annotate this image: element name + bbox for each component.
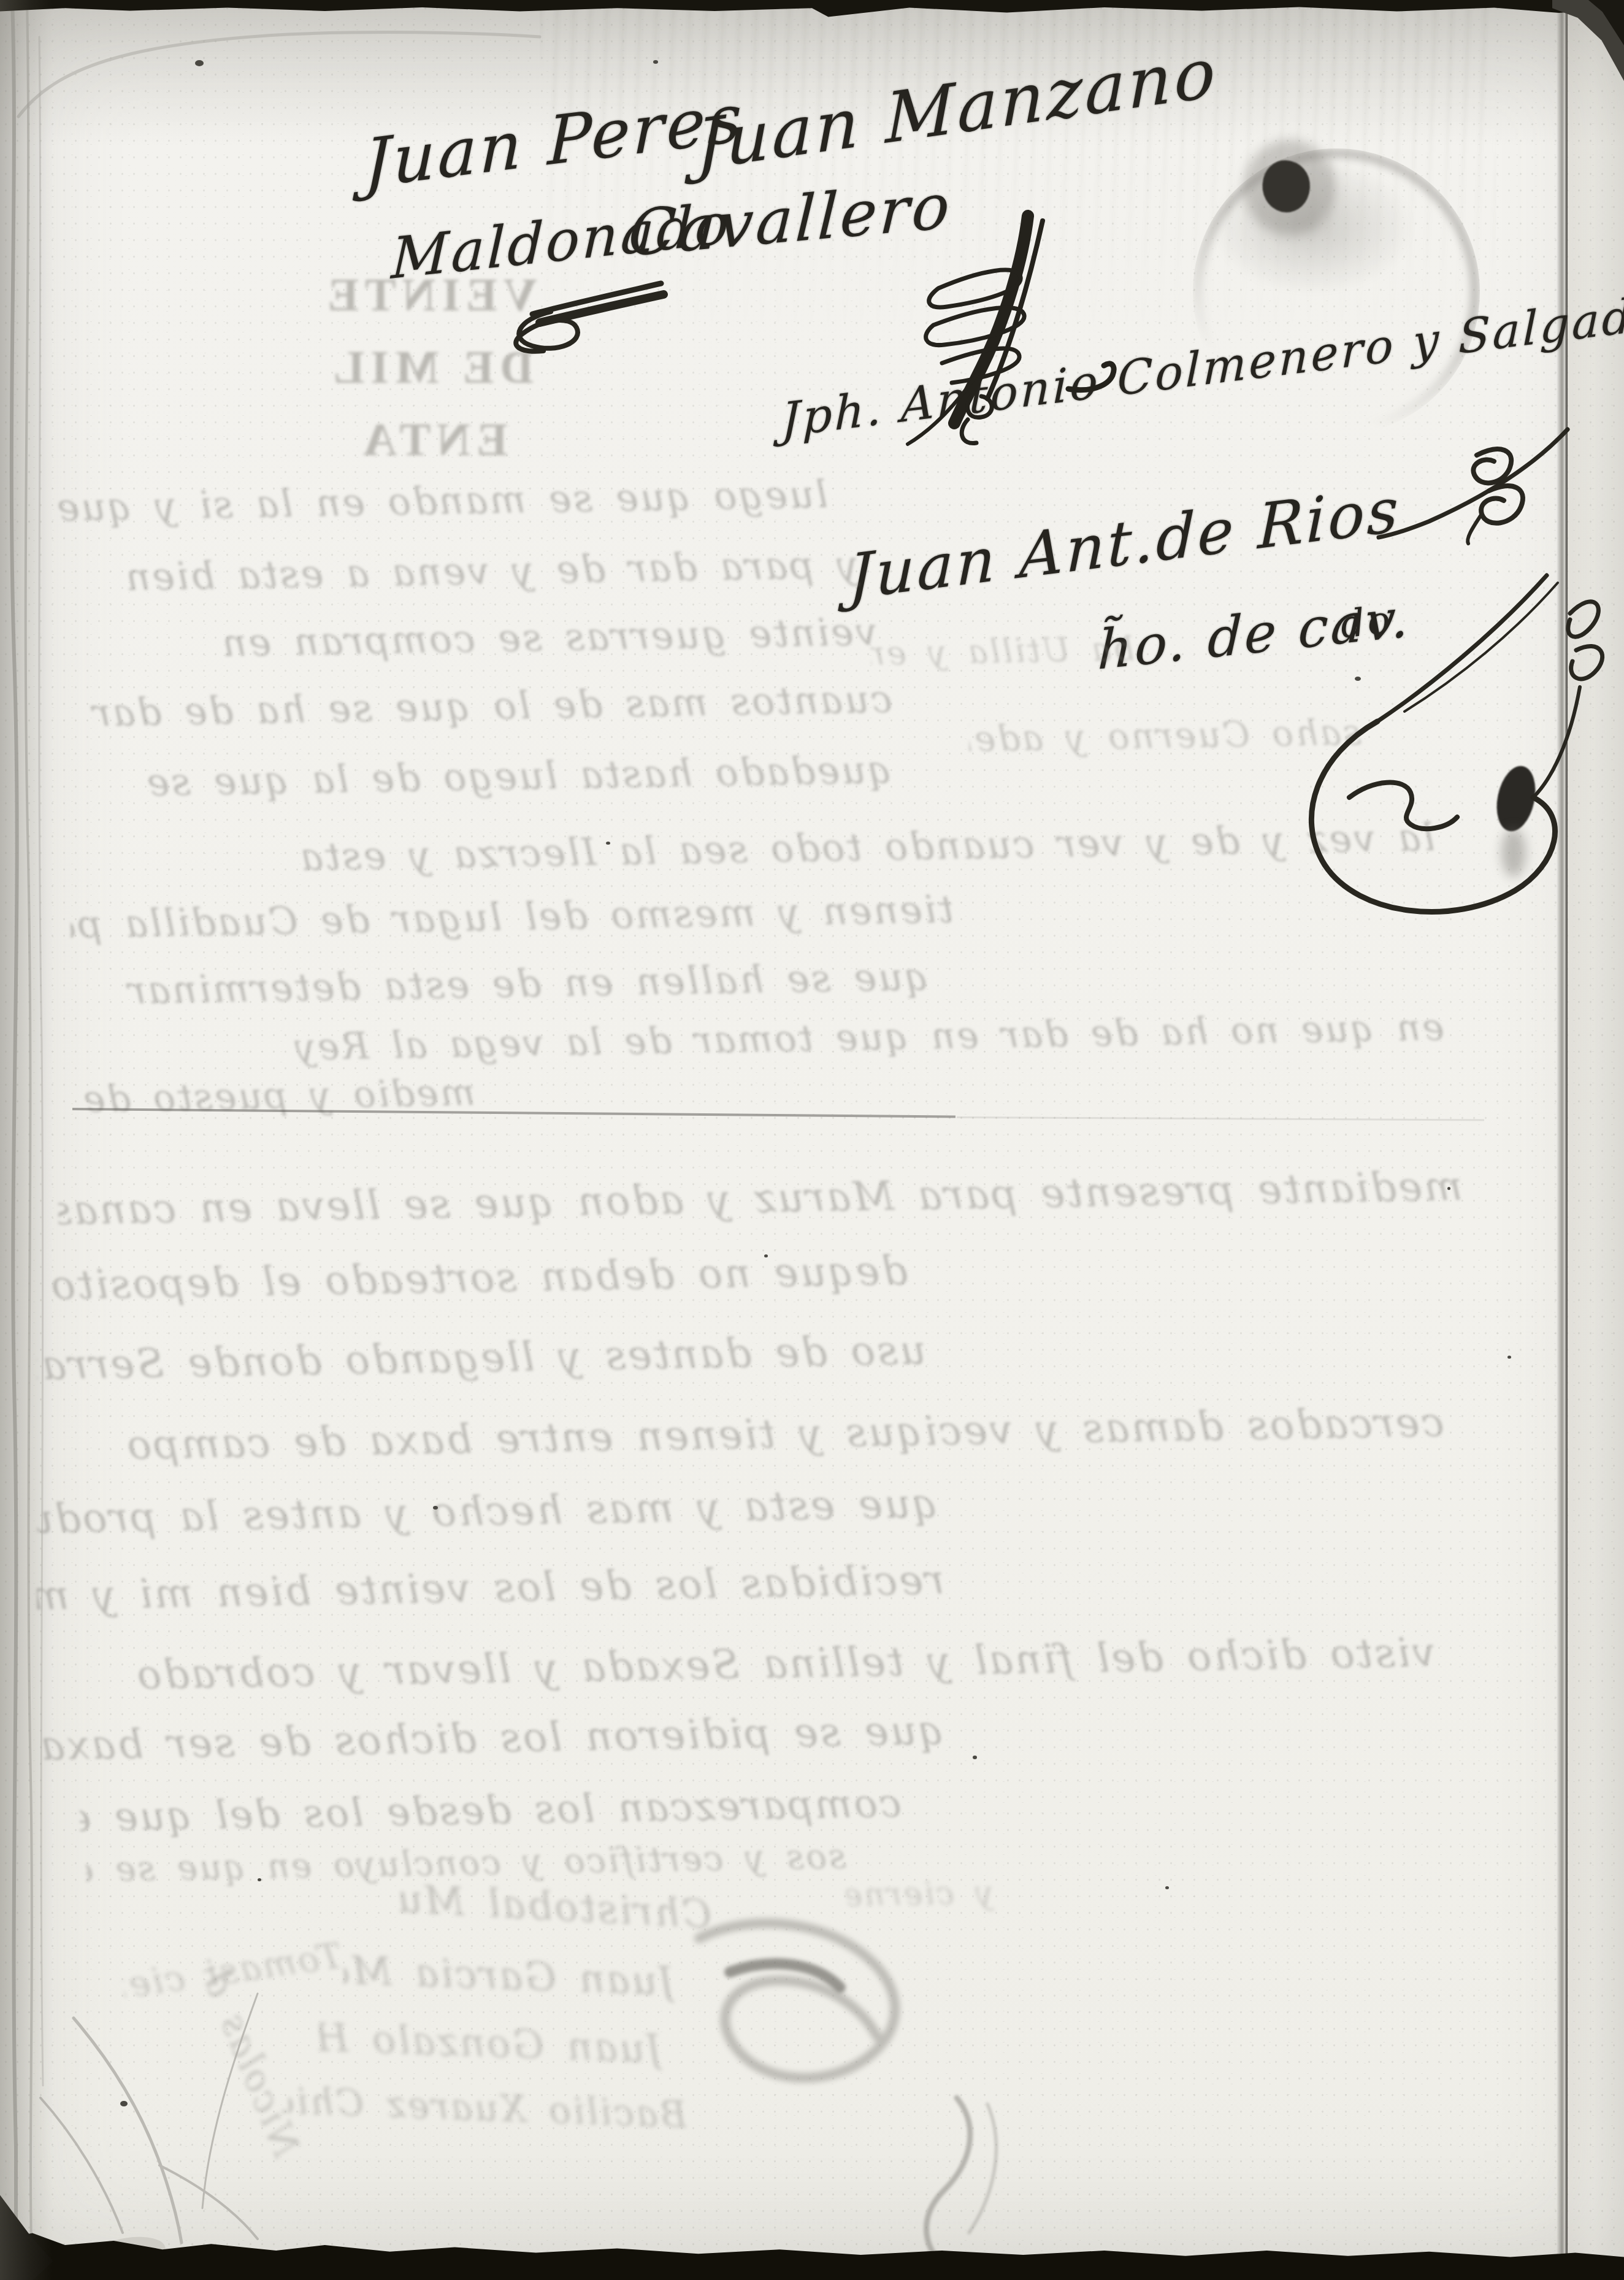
left-edge-shading	[0, 0, 53, 2280]
bleedthrough-fragment: ba Utilla y en	[870, 629, 1135, 682]
manuscript-scan: VEINTE DE MIL ENTA Juan Peres Maldonado …	[0, 0, 1624, 2280]
paper-speck	[764, 1254, 768, 1257]
paper-speck	[653, 60, 658, 64]
paper-speck	[258, 1878, 261, 1881]
ink-blot-tail	[1501, 828, 1526, 877]
paper-speck	[606, 842, 610, 845]
stamp-text-line: ENTA	[331, 413, 534, 467]
paper-speck	[1507, 1356, 1511, 1359]
paper-speck	[195, 60, 204, 66]
bleedthrough-signature: Juan Garcia Manz	[343, 1948, 676, 2017]
signature-rios-superscript: do	[1338, 597, 1395, 647]
paper-speck	[120, 2101, 128, 2106]
bleedthrough-line: medio y puesto de Jumilla	[70, 1071, 475, 1132]
paper-speck	[1447, 1187, 1450, 1190]
paper-speck	[973, 1756, 977, 1759]
paper-speck	[1355, 677, 1361, 681]
paper-speck	[433, 1506, 438, 1510]
paper-speck	[1165, 1886, 1169, 1889]
stamp-text-line: DE MIL	[302, 341, 559, 394]
bleedthrough-fragment: saho Cuerno y adelante	[968, 711, 1362, 769]
bleedthrough-signature: Juan Gonzalo Herr	[318, 2015, 664, 2084]
bleedthrough-signature: y cierne	[846, 1875, 994, 1924]
